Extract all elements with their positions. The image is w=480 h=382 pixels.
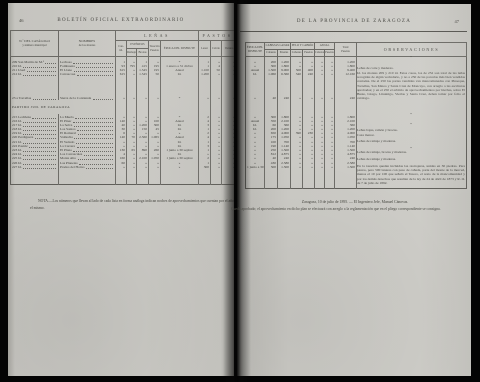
catalog-table-right: ÉPOCA DEL DISFRUTE CABEZAS LANAR PELO Y … (245, 42, 467, 189)
col-header-brozas: Brozas (137, 49, 149, 57)
col-header-pesetas-3: Pesetas (325, 50, 335, 57)
dash-leader (74, 123, 113, 127)
col-header-cabezas-2: Cabezas (291, 50, 303, 57)
spacer-row (11, 169, 235, 185)
value-cell (278, 169, 291, 189)
header-row-groups-right: ÉPOCA DEL DISFRUTE CABEZAS LANAR PELO Y … (246, 43, 467, 50)
dash-leader (23, 148, 55, 152)
total-cell (335, 100, 357, 114)
value-cell (303, 76, 315, 96)
book-spread-photo: 46 BOLETÍN OFICIAL EXTRAORDINARIO N.º DE… (0, 0, 480, 382)
dash-leader (78, 132, 113, 136)
dash-leader (23, 140, 55, 144)
footer-dateline: Zaragoza, 10 de julio de 1895. — El Inge… (275, 200, 435, 204)
dash-leader (73, 119, 113, 123)
value-cell (137, 76, 149, 96)
dash-leader (45, 60, 55, 64)
value-cell (325, 100, 335, 114)
dash-leader (33, 97, 56, 101)
left-page: 46 BOLETÍN OFICIAL EXTRAORDINARIO N.º DE… (8, 3, 234, 376)
dash-leader (27, 68, 56, 72)
nota-line-2: el mismo. (30, 206, 45, 210)
col-header-total: Total Pesetas (335, 43, 357, 57)
header-row-groups: N.º DEL CATÁLOGO y número municipal NOMB… (11, 31, 235, 41)
running-title-right: DE LA PROVINCIA DE ZARAGOZA (237, 19, 471, 24)
group-header-pastos: PASTOS (199, 31, 234, 41)
table-header-right: ÉPOCA DEL DISFRUTE CABEZAS LANAR PELO Y … (246, 43, 467, 57)
section-heading-row: PARTIDO JUD. DE ZARAGOZA (11, 100, 235, 114)
value-cell (149, 169, 161, 185)
value-cell (278, 76, 291, 96)
col-header-names-line2: de los montes (59, 44, 115, 48)
col-header-epoca: ÉPOCA DEL DISFRUTE (161, 41, 199, 57)
value-cell (149, 76, 161, 96)
epoca-cell (161, 100, 199, 114)
value-cell (315, 100, 325, 114)
value-cell (211, 169, 222, 185)
col-header-cabrio: Cabrío (211, 41, 222, 57)
value-cell: 1.050 (149, 156, 161, 160)
value-cell (127, 169, 137, 185)
total-cell (335, 76, 357, 96)
cell-text: 23 a Torrellas (12, 96, 31, 100)
dash-leader (23, 123, 55, 127)
value-cell (265, 169, 278, 189)
approval-note: Queda aprobado; el aprovechamiento en di… (231, 207, 465, 211)
group-header-lenas: LEÑAS (116, 31, 199, 41)
catalog-cell: 227 Id. (11, 165, 59, 169)
spacer-row (246, 76, 467, 96)
cell-text: 227 Id. (12, 165, 22, 169)
catalog-cell: 212 Id. (11, 72, 59, 76)
catalog-table-left: N.º DEL CATÁLOGO y número municipal NOMB… (10, 30, 234, 185)
col-header-tasacion-line2: Pesetas (149, 49, 160, 52)
col-header-estereos: ESTÉREOS (127, 41, 149, 49)
dash-leader (77, 128, 113, 132)
value-cell (211, 76, 222, 96)
dash-leader (29, 144, 55, 148)
epoca-cell: 1 junio a 30 sepbre (161, 156, 199, 160)
table-row: 212 Id.Carrascosa615»1.54550Id.1.200»» (11, 72, 235, 76)
total-cell (335, 169, 357, 189)
value-cell (265, 100, 278, 114)
value-cell: 2.100 (137, 156, 149, 160)
dash-leader (23, 128, 55, 132)
epoca-cell (246, 100, 265, 114)
value-cell (116, 169, 127, 185)
monte-cell: Sierra de la Contienda (59, 96, 116, 100)
dash-leader (74, 68, 113, 72)
col-header-catalog-line2: y número municipal (11, 44, 58, 48)
col-header-epoca-right: ÉPOCA DEL DISFRUTE (246, 43, 265, 57)
col-header-cabezas-1: Cabezas (265, 50, 278, 57)
value-cell: 1.065 (149, 135, 161, 139)
dash-leader (76, 140, 113, 144)
dash-leader (23, 157, 55, 161)
dash-leader (84, 153, 113, 157)
value-cell (303, 100, 315, 114)
value-cell (291, 100, 303, 114)
epoca-cell (246, 76, 265, 96)
col-header-cantidad-line2: tid. (116, 49, 126, 52)
table-body-right: »2001.200»»»»1.200»3001.800»»»»1.800Anua… (246, 57, 467, 189)
value-cell (199, 76, 211, 96)
value-cell: 1.200 (199, 72, 211, 76)
value-cell: 2.560 (137, 135, 149, 139)
col-header-pesetas-2: Pesetas (303, 50, 315, 57)
col-header-names: NOMBRES de los montes (59, 31, 116, 57)
epoca-cell: 1 junio a 30 sepbre (246, 165, 265, 169)
spacer-row (246, 169, 467, 189)
dash-leader (78, 157, 113, 161)
col-header-lanar: Lanar (199, 41, 211, 57)
value-cell (325, 169, 335, 189)
dash-leader (35, 136, 56, 140)
value-cell (291, 76, 303, 96)
value-cell (137, 100, 149, 114)
value-cell (325, 76, 335, 96)
value-cell (265, 76, 278, 96)
dash-leader (23, 153, 55, 157)
dash-leader (74, 136, 112, 140)
col-header-ramaje: Ramaje (127, 49, 137, 57)
col-header-observaciones: OBSERVACIONES (357, 43, 467, 57)
value-cell: 1.545 (137, 72, 149, 76)
observaciones-cell (357, 100, 467, 114)
right-page: 47 DE LA PROVINCIA DE ZARAGOZA ÉPOCA DEL… (237, 4, 471, 376)
header-rule (240, 31, 467, 32)
monte-cell (59, 76, 116, 96)
catalog-cell: 23 a Torrellas (11, 96, 59, 100)
value-cell (291, 169, 303, 189)
monte-cell: Prados del Horno (59, 165, 116, 169)
epoca-cell (161, 76, 199, 96)
value-cell (199, 100, 211, 114)
dash-leader (23, 73, 55, 77)
monte-cell: Carrascosa (59, 72, 116, 76)
cell-text: 212 Id. (12, 72, 22, 76)
col-header-total-line2: Pesetas (335, 50, 356, 53)
observaciones-cell (357, 169, 467, 189)
dash-leader (75, 115, 112, 119)
value-cell (211, 100, 222, 114)
value-cell (116, 76, 127, 96)
dash-leader (23, 161, 55, 165)
value-cell (127, 100, 137, 114)
observaciones-cell (357, 76, 467, 96)
dash-leader (77, 73, 113, 77)
value-cell (149, 100, 161, 114)
table-header-left: N.º DEL CATÁLOGO y número municipal NOMB… (11, 31, 235, 57)
value-cell (303, 169, 315, 189)
table-body-left: 209 San Martín de M.ªLechoso1»1»*1»»210 … (11, 57, 235, 185)
col-header-cabezas-3: Cabezas (315, 50, 325, 57)
dash-leader (23, 165, 55, 169)
col-header-catalog: N.º DEL CATÁLOGO y número municipal (11, 31, 59, 57)
col-header-vacuno: Vacuno (222, 41, 234, 57)
dash-leader (32, 115, 55, 119)
group-header-cabrio: PELO Y CABRÍO (291, 43, 315, 50)
value-cell (315, 169, 325, 189)
epoca-cell (246, 169, 265, 189)
epoca-cell (161, 169, 199, 185)
dash-leader (93, 97, 113, 101)
catalog-cell (11, 169, 59, 185)
nota-line-1: NOTA.—Los números que llevan al lado de … (38, 199, 234, 203)
group-header-asnal: ASNAL (315, 43, 335, 50)
spacer-row (11, 76, 235, 96)
monte-cell (59, 169, 116, 185)
value-cell (278, 100, 291, 114)
dash-leader (86, 165, 113, 169)
section-heading: PARTIDO JUD. DE ZARAGOZA (11, 100, 116, 114)
cell-text: Prados del Horno (60, 165, 85, 169)
cell-text: Sierra de la Contienda (60, 96, 91, 100)
col-header-tasacion: Tasación Pesetas (149, 41, 161, 57)
dash-leader (77, 144, 113, 148)
value-cell (137, 169, 149, 185)
value-cell (222, 100, 234, 114)
dash-leader (23, 119, 55, 123)
cell-text: Carrascosa (60, 72, 75, 76)
value-cell (116, 100, 127, 114)
dash-leader (23, 64, 55, 68)
value-cell (127, 76, 137, 96)
spacer-row (246, 100, 467, 114)
value-cell (199, 169, 211, 185)
value-cell (222, 76, 234, 96)
running-title-left: BOLETÍN OFICIAL EXTRAORDINARIO (8, 18, 234, 23)
group-header-lanar: CABEZAS LANAR (265, 43, 291, 50)
dash-leader (73, 60, 112, 64)
value-cell (315, 76, 325, 96)
dash-leader (76, 64, 112, 68)
value-cell (222, 169, 234, 185)
col-header-cantidad: Can- tid. (116, 41, 127, 57)
catalog-cell (11, 76, 59, 96)
col-header-pesetas-1: Pesetas (278, 50, 291, 57)
